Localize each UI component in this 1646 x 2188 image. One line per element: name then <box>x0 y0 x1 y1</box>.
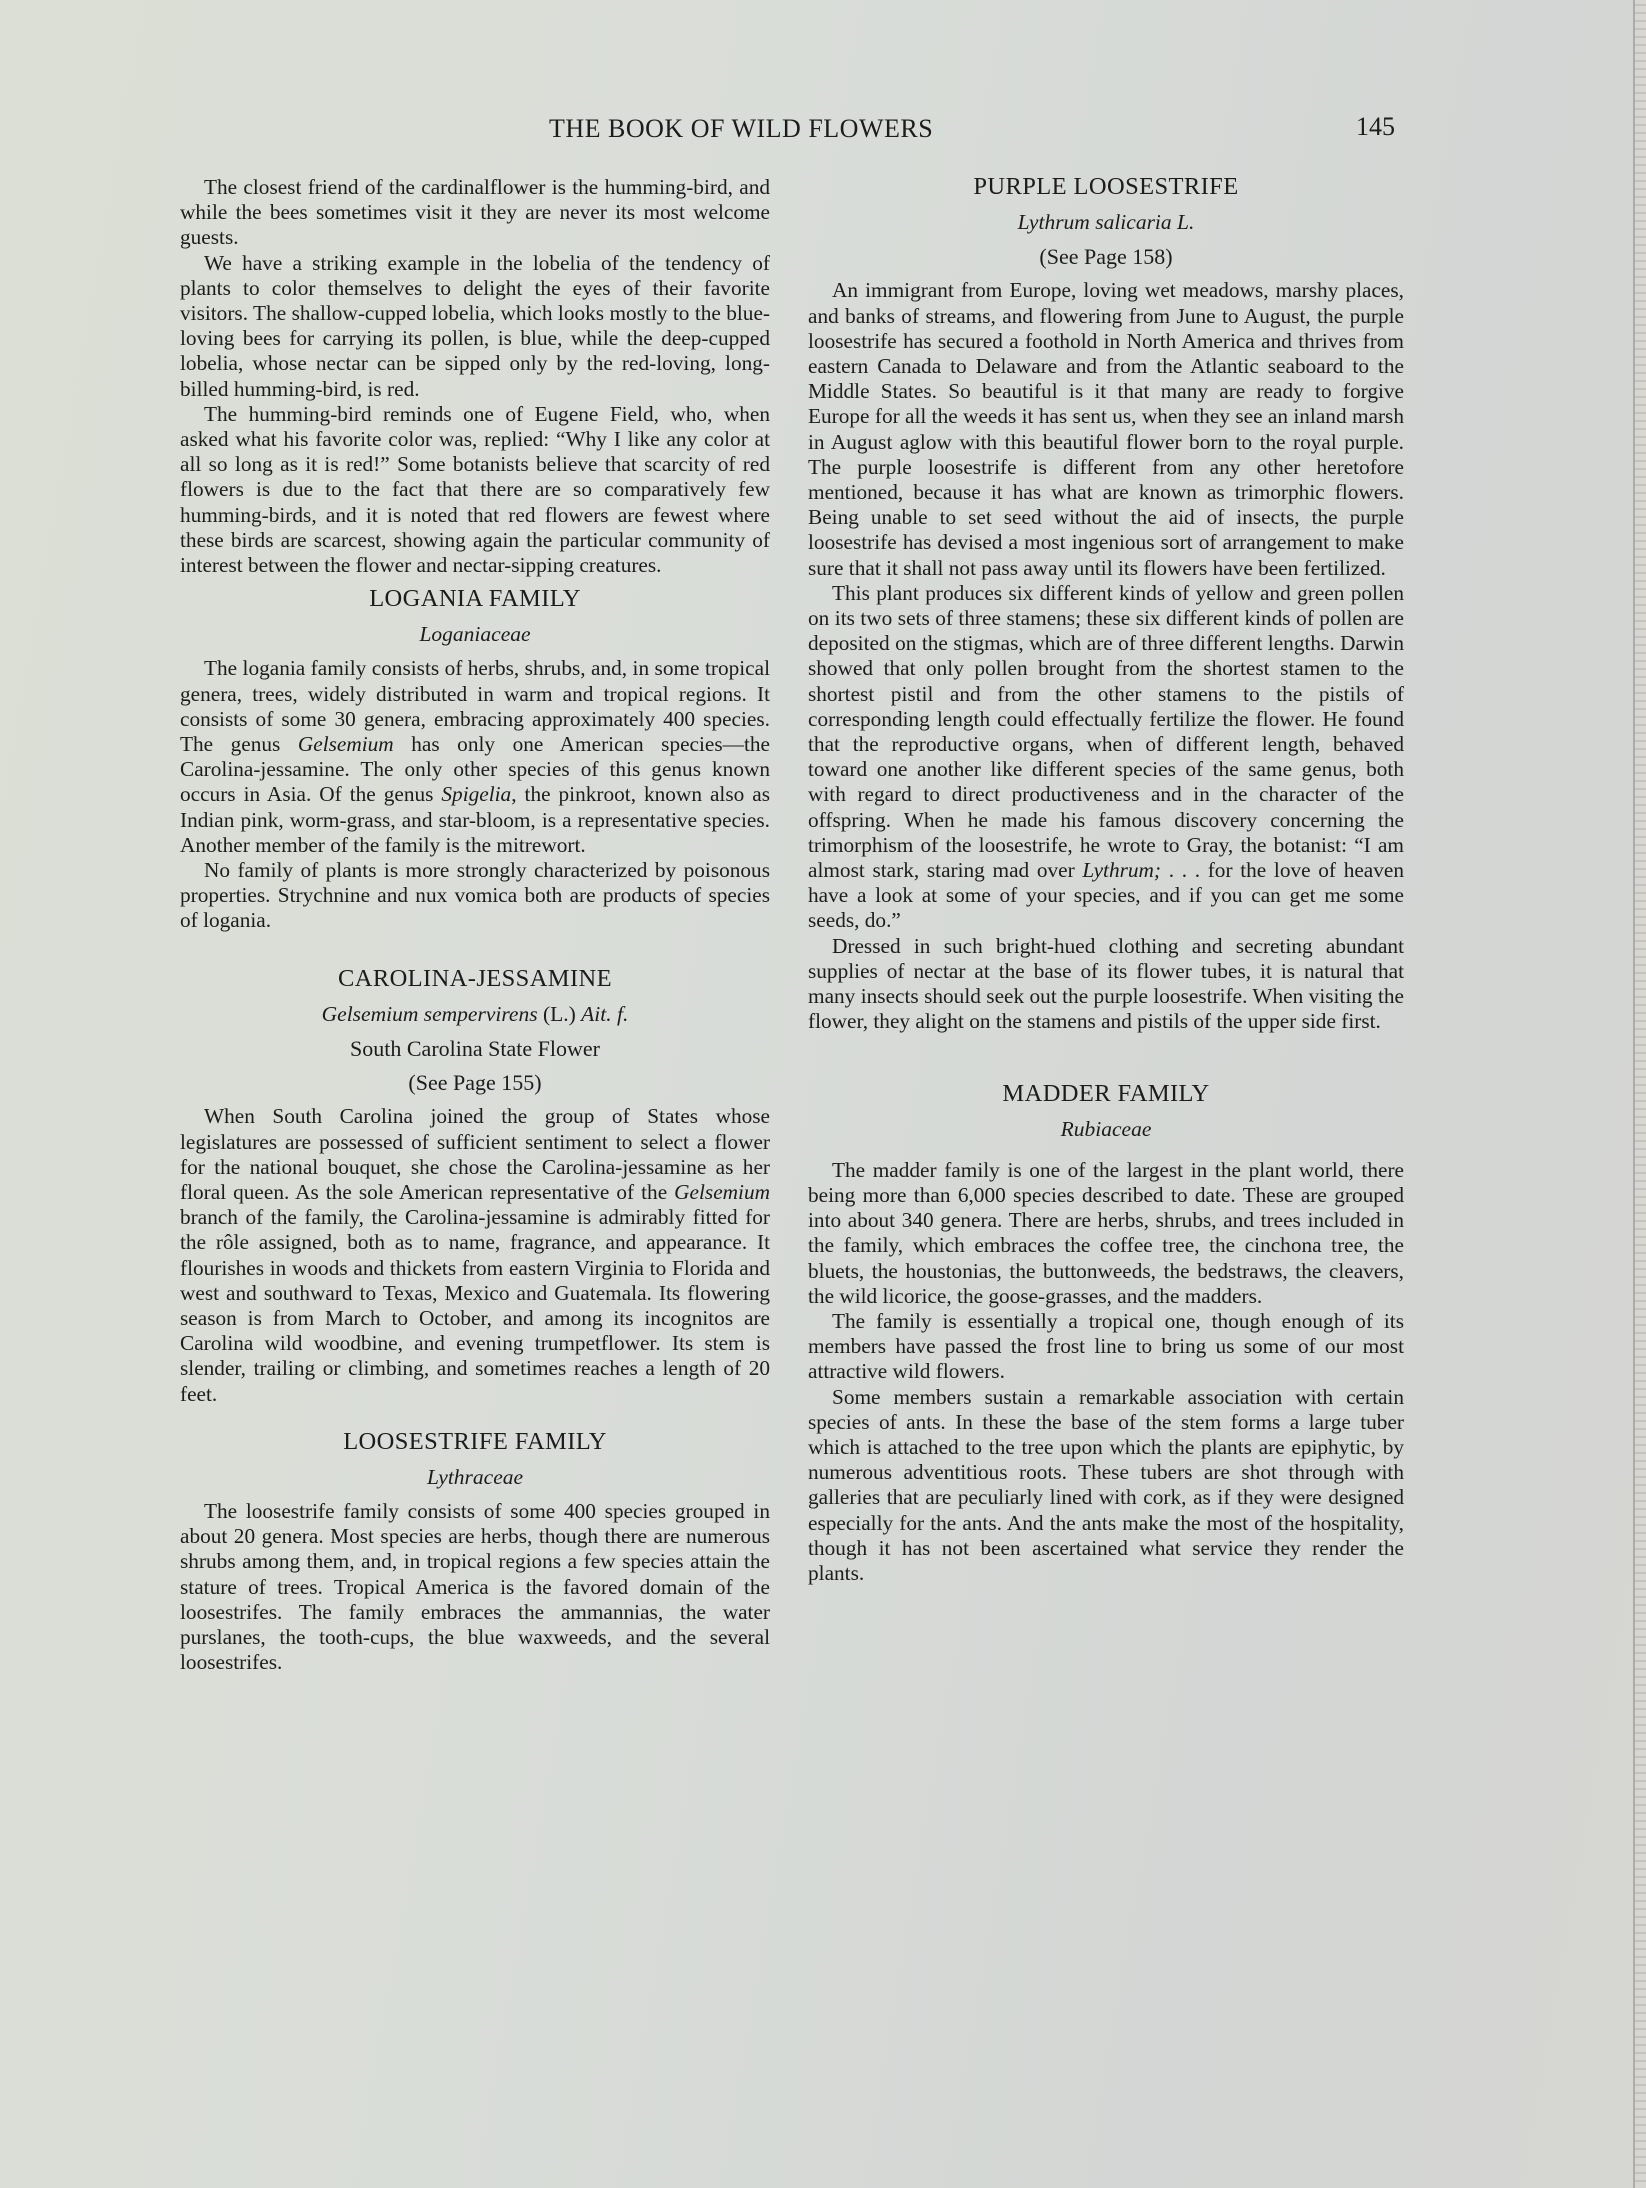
latin-name: Gelsemium sempervirens (L.) Ait. f. <box>180 1002 770 1027</box>
intro-paragraph: The humming-bird reminds one of Eugene F… <box>180 402 770 578</box>
state-flower-label: South Carolina State Flower <box>180 1036 770 1061</box>
body-paragraph: When South Carolina joined the group of … <box>180 1104 770 1406</box>
body-paragraph: Dressed in such bright-hued clothing and… <box>808 934 1404 1035</box>
body-paragraph: An immigrant from Europe, loving wet mea… <box>808 278 1404 580</box>
text-run: branch of the family, the Carolina-jessa… <box>180 1205 770 1405</box>
latin-name: Loganiaceae <box>180 622 770 647</box>
section-heading: LOOSESTRIFE FAMILY <box>180 1427 770 1457</box>
body-paragraph: The family is essentially a tropical one… <box>808 1309 1404 1385</box>
genus-name: Gelsemium <box>298 732 394 756</box>
running-head: THE BOOK OF WILD FLOWERS 145 <box>0 112 1540 148</box>
section-purple-loosestrife: PURPLE LOOSESTRIFE Lythrum salicaria L. … <box>808 172 1404 1035</box>
body-paragraph: The loosestrife family consists of some … <box>180 1499 770 1675</box>
see-page-reference: (See Page 155) <box>180 1070 770 1095</box>
section-carolina-jessamine: CAROLINA-JESSAMINE Gelsemium semperviren… <box>180 964 770 1407</box>
genus-name: Lythrum; <box>1082 858 1161 882</box>
genus-name: Spigelia <box>441 782 511 806</box>
genus-name: Gelsemium <box>674 1180 770 1204</box>
species-name: Gelsemium sempervirens <box>322 1002 538 1026</box>
adjacent-page-strip <box>1635 0 1646 2188</box>
section-heading: CAROLINA-JESSAMINE <box>180 964 770 994</box>
intro-paragraph: The closest friend of the cardinalflower… <box>180 175 770 251</box>
section-heading: MADDER FAMILY <box>808 1079 1404 1109</box>
body-paragraph: This plant produces six different kinds … <box>808 581 1404 934</box>
body-paragraph: Some members sustain a remarkable associ… <box>808 1385 1404 1587</box>
book-title: THE BOOK OF WILD FLOWERS <box>549 114 933 144</box>
section-madder-family: MADDER FAMILY Rubiaceae The madder famil… <box>808 1079 1404 1587</box>
intro-paragraph: We have a striking example in the lobeli… <box>180 251 770 402</box>
right-column: PURPLE LOOSESTRIFE Lythrum salicaria L. … <box>808 172 1404 1586</box>
body-paragraph: The madder family is one of the largest … <box>808 1158 1404 1309</box>
latin-name: Lythraceae <box>180 1465 770 1490</box>
page-number: 145 <box>1356 112 1395 142</box>
section-logania-family: LOGANIA FAMILY Loganiaceae The logania f… <box>180 584 770 933</box>
text-run: This plant produces six different kinds … <box>808 581 1404 882</box>
see-page-reference: (See Page 158) <box>808 244 1404 269</box>
authority: Ait. f. <box>581 1002 628 1026</box>
latin-name: Rubiaceae <box>808 1117 1404 1142</box>
section-loosestrife-family: LOOSESTRIFE FAMILY Lythraceae The looses… <box>180 1427 770 1676</box>
section-heading: PURPLE LOOSESTRIFE <box>808 172 1404 202</box>
left-column: The closest friend of the cardinalflower… <box>180 175 770 1675</box>
authority: (L.) <box>538 1002 582 1026</box>
latin-name: Lythrum salicaria L. <box>808 210 1404 235</box>
section-heading: LOGANIA FAMILY <box>180 584 770 614</box>
body-paragraph: No family of plants is more strongly cha… <box>180 858 770 934</box>
body-paragraph: The logania family consists of herbs, sh… <box>180 656 770 858</box>
